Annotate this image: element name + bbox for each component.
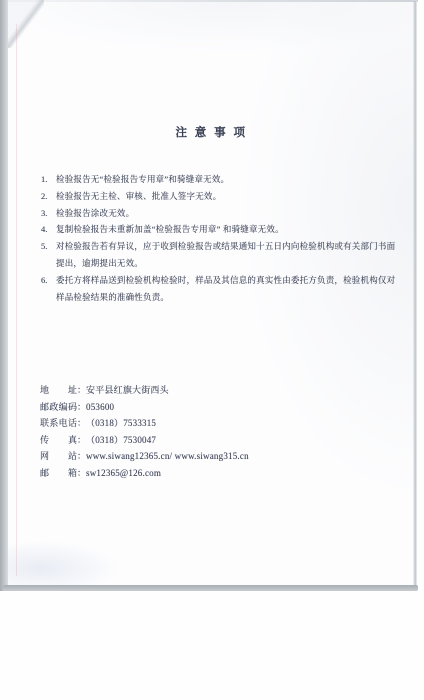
contact-label: 邮箱 (40, 465, 77, 482)
note-number: 5. (41, 238, 56, 255)
notice-item-3: 3. 检验报告涂改无效。 (41, 205, 399, 222)
notice-item-5: 5. 对检验报告若有异议，应于收到检验报告或结果通知十五日内向检验机构或有关部门… (41, 238, 399, 272)
note-text: 对检验报告若有异议，应于收到检验报告或结果通知十五日内向检验机构或有关部门书面提… (56, 238, 399, 272)
contact-row-postcode: 邮政编码：053600 (40, 399, 380, 416)
contact-value: （0318）7530047 (86, 435, 156, 445)
note-number: 3. (41, 205, 56, 222)
contact-value: 安平县红旗大街西头 (86, 385, 169, 395)
contact-label: 邮政编码 (40, 399, 77, 416)
scanner-edge-left (0, 0, 8, 591)
note-text: 复制检验报告未重新加盖“检验报告专用章” 和骑缝章无效。 (56, 221, 399, 238)
contact-colon: ： (77, 448, 86, 465)
contact-row-address: 地址：安平县红旗大街西头 (40, 382, 380, 399)
notice-item-2: 2. 检验报告无主检、审核、批准人签字无效。 (41, 188, 399, 205)
contact-row-website: 网站：www.siwang12365.cn/ www.siwang315.cn (40, 448, 380, 465)
scanned-page-background: 注 意 事 项 1. 检验报告无“检验报告专用章”和骑缝章无效。 2. 检验报告… (0, 0, 424, 700)
note-number: 4. (41, 221, 56, 238)
contact-colon: ： (77, 399, 86, 416)
note-text: 检验报告无主检、审核、批准人签字无效。 (56, 188, 399, 205)
note-number: 6. (41, 272, 56, 289)
contact-label: 地址 (40, 382, 77, 399)
contact-colon: ： (77, 415, 86, 432)
contact-value: 053600 (86, 402, 114, 412)
contact-label: 网站 (40, 448, 77, 465)
page-title: 注 意 事 项 (8, 124, 415, 140)
corner-fold-crease (8, 0, 44, 48)
note-text: 检验报告涂改无效。 (56, 205, 399, 222)
paper-top-edge (8, 0, 418, 2)
notice-item-1: 1. 检验报告无“检验报告专用章”和骑缝章无效。 (41, 171, 399, 188)
contact-label: 传真 (40, 432, 77, 449)
note-number: 1. (41, 171, 56, 188)
contact-row-fax: 传真：（0318）7530047 (40, 432, 380, 449)
notice-item-6: 6. 委托方将样品送到检验机构检验时，样品及其信息的真实性由委托方负责，检验机构… (41, 272, 399, 306)
contact-block: 地址：安平县红旗大街西头 邮政编码：053600 联系电话：（0318）7533… (40, 382, 380, 482)
contact-value: sw12365@126.com (86, 468, 161, 478)
faint-margin-line (16, 24, 17, 576)
paper-sheet: 注 意 事 项 1. 检验报告无“检验报告专用章”和骑缝章无效。 2. 检验报告… (8, 0, 415, 586)
note-number: 2. (41, 188, 56, 205)
contact-value: （0318）7533315 (86, 418, 156, 428)
contact-row-email: 邮箱：sw12365@126.com (40, 465, 380, 482)
contact-colon: ： (77, 465, 86, 482)
contact-row-phone: 联系电话：（0318）7533315 (40, 415, 380, 432)
note-text: 委托方将样品送到检验机构检验时，样品及其信息的真实性由委托方负责，检验机构仅对样… (56, 272, 399, 306)
contact-colon: ： (77, 382, 86, 399)
paper-bottom-edge (3, 585, 418, 591)
contact-label: 联系电话 (40, 415, 77, 432)
paper-right-edge (413, 1, 417, 588)
contact-colon: ： (77, 432, 86, 449)
note-text: 检验报告无“检验报告专用章”和骑缝章无效。 (56, 171, 399, 188)
notice-item-4: 4. 复制检验报告未重新加盖“检验报告专用章” 和骑缝章无效。 (41, 221, 399, 238)
notice-list: 1. 检验报告无“检验报告专用章”和骑缝章无效。 2. 检验报告无主检、审核、批… (41, 171, 399, 305)
contact-value: www.siwang12365.cn/ www.siwang315.cn (86, 451, 249, 461)
